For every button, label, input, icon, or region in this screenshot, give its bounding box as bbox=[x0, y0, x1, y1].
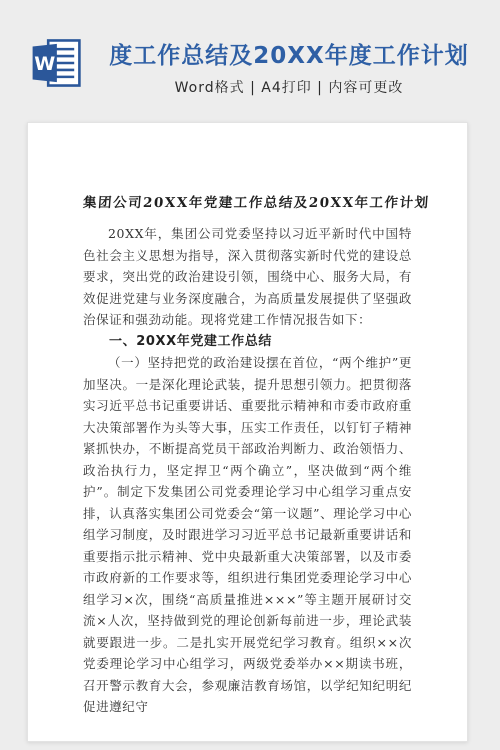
page-background: { "colors": { "background": "#ededed", "… bbox=[0, 0, 500, 750]
document-title: 集团公司20XX年党建工作总结及20XX年工作计划 bbox=[82, 193, 412, 213]
document-paragraph: 20XX年，集团公司党委坚持以习近平新时代中国特色社会主义思想为指导，深入贯彻落… bbox=[83, 223, 412, 331]
document-heading: 一、20XX年党建工作总结 bbox=[83, 331, 412, 353]
template-subtitle: Word格式 | A4打印 | 内容可更改 bbox=[82, 77, 496, 97]
word-logo-icon: W bbox=[30, 37, 82, 89]
header-text: 度工作总结及20XX年度工作计划 Word格式 | A4打印 | 内容可更改 bbox=[82, 0, 496, 97]
header: W 度工作总结及20XX年度工作计划 Word格式 | A4打印 | 内容可更改 bbox=[0, 0, 500, 122]
document-page: 集团公司20XX年党建工作总结及20XX年工作计划 20XX年，集团公司党委坚持… bbox=[27, 122, 468, 742]
svg-text:W: W bbox=[34, 53, 55, 75]
template-title: 度工作总结及20XX年度工作计划 bbox=[82, 42, 496, 70]
document-paragraph: （一）坚持把党的政治建设摆在首位，“两个维护”更加坚决。一是深化理论武装，提升思… bbox=[83, 352, 412, 718]
document-body: 20XX年，集团公司党委坚持以习近平新时代中国特色社会主义思想为指导，深入贯彻落… bbox=[83, 223, 412, 718]
document-content: 集团公司20XX年党建工作总结及20XX年工作计划 20XX年，集团公司党委坚持… bbox=[28, 123, 467, 718]
